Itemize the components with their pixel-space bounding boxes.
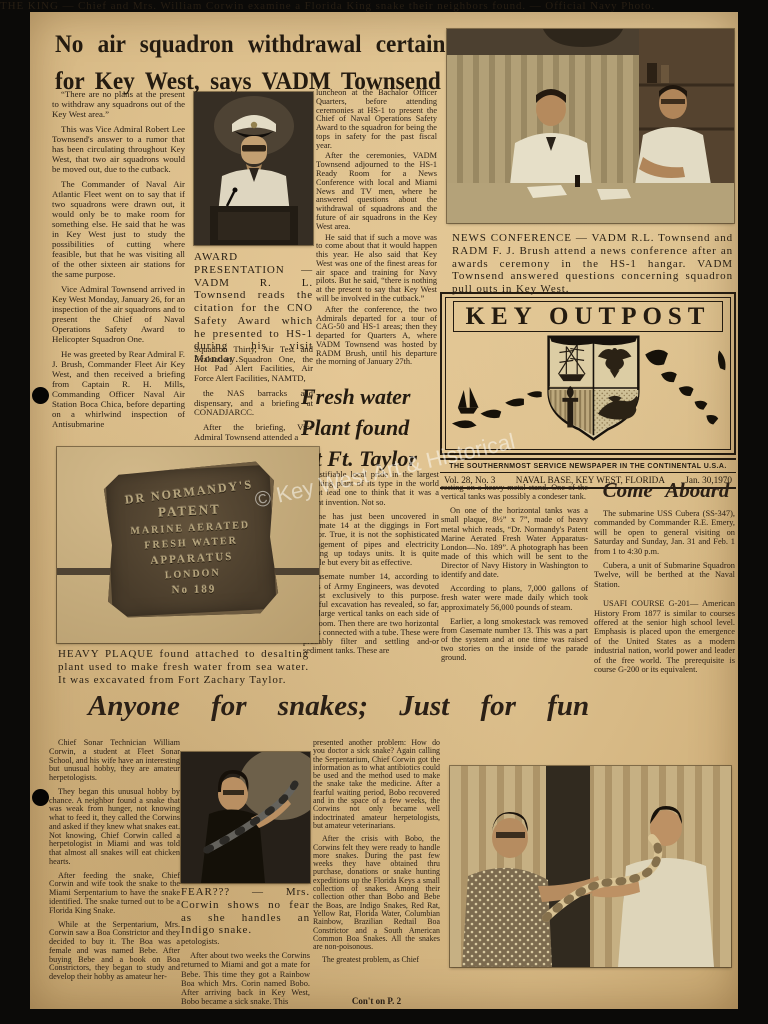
continuation-notice: Con't on P. 2: [313, 996, 440, 1006]
snakes-column-2: petologists. After about two weeks the C…: [181, 937, 310, 1005]
snakes-column-3: presented another problem: How do you do…: [313, 739, 440, 993]
body-paragraph: This was Vice Admiral Robert Lee Townsen…: [52, 124, 185, 174]
body-paragraph: presented another problem: How do you do…: [313, 739, 440, 830]
body-paragraph: Cubera, a unit of Submarine Squadron Twe…: [594, 561, 735, 589]
masthead: KEY OUTPOST: [440, 292, 736, 489]
body-paragraph: While at the Serpentarium, Mrs. Corwin s…: [49, 921, 180, 982]
body-paragraph: petologists.: [181, 937, 310, 946]
lead-article-column-3: luncheon at the Bachalor Officer Quarter…: [316, 89, 437, 369]
fear-photo: [181, 752, 310, 883]
crest-shield: [549, 337, 640, 440]
plaque-photo: DR NORMANDY'S PATENT MARINE AERATED FRES…: [57, 447, 319, 643]
lead-article-column-1: “There are no plans at the present to wi…: [52, 89, 185, 435]
body-paragraph: After about two weeks the Corwins return…: [181, 951, 310, 1005]
news-conference-photo: [447, 29, 734, 223]
body-paragraph: After feeding the snake, Chief Corwin an…: [49, 872, 180, 916]
hole-punch: [32, 789, 49, 806]
body-paragraph: the NAS barracks and dispensary, and a b…: [194, 389, 313, 418]
body-paragraph: He said that if such a move was to come …: [316, 234, 437, 304]
body-paragraph: Chief Sonar Technician William Corwin, a…: [49, 739, 180, 783]
body-paragraph: Earlier, a long smokestack was removed f…: [441, 617, 588, 663]
news-photo-caption: NEWS CONFERENCE — VADM R.L. Townsend and…: [452, 232, 733, 296]
body-paragraph: “There are no plans at the present to wi…: [52, 89, 185, 119]
body-paragraph: According to plans, 7,000 gallons of fre…: [441, 584, 588, 611]
masthead-tagline: THE SOUTHERNMOST SERVICE NEWSPAPER IN TH…: [440, 458, 736, 473]
come-aboard-headline: Come Aboard: [597, 478, 735, 503]
body-paragraph: Squadron Thirty, Air Test and Evaluation…: [194, 345, 313, 384]
lead-headline-line1: No air squadron withdrawal certain: [55, 26, 445, 63]
scanned-newspaper-screenshot: No air squadron withdrawal certain for K…: [0, 0, 768, 1024]
keys-islands-left: [452, 387, 542, 428]
conference-table: [447, 183, 734, 223]
body-paragraph: One has just been uncovered in Casemate …: [303, 512, 439, 567]
fear-photo-caption: FEAR??? — Mrs. Corwin shows no fear as s…: [181, 886, 310, 937]
body-paragraph: After the briefing, Vice Admiral Townsen…: [194, 423, 313, 442]
news-photo-figure: [447, 29, 734, 223]
freshwater-headline: Fresh water Plant found At Ft. Taylor: [301, 381, 443, 474]
body-paragraph: Casemate number 14, according to plans o…: [303, 572, 439, 655]
body-paragraph: After the conference, the two Admirals d…: [316, 306, 437, 367]
lead-article-column-2: Squadron Thirty, Air Test and Evaluation…: [194, 345, 313, 448]
sailboat-icon: [458, 408, 478, 414]
body-paragraph: On one of the horizontal tanks was a sma…: [441, 506, 588, 579]
award-photo-figure: [194, 92, 313, 245]
body-paragraph: After the ceremonies, VADM Townsend adjo…: [316, 152, 437, 231]
freshwater-headline-line1: Fresh water: [301, 384, 410, 409]
king-photo-caption: THE KING — Chief and Mrs. William Corwin…: [0, 0, 655, 13]
body-paragraph: After the crisis with Bobo, the Corwins …: [313, 835, 440, 951]
eyeglasses: [242, 145, 266, 152]
fear-photo-figure: [181, 752, 310, 883]
snakes-headline: Anyone for snakes; Just for fun: [88, 690, 703, 723]
hole-punch: [32, 387, 49, 404]
king-snake-photo: [450, 766, 731, 967]
body-paragraph: Vice Admiral Townsend arrived in Key Wes…: [52, 284, 185, 344]
body-paragraph: The Commander of Naval Air Atlantic Flee…: [52, 179, 185, 279]
plaque-photo-caption: HEAVY PLAQUE found attached to desalting…: [58, 648, 309, 686]
microphone-icon: [233, 188, 238, 193]
body-paragraph: They began this unusual hobby by chance.…: [49, 788, 180, 867]
body-paragraph: USAFI COURSE G-201— American History Fro…: [594, 599, 735, 674]
body-paragraph: luncheon at the Bachalor Officer Quarter…: [316, 89, 437, 150]
metal-plaque: DR NORMANDY'S PATENT MARINE AERATED FRES…: [101, 461, 281, 622]
body-paragraph: The submarine USS Cubera (SS-347), comma…: [594, 509, 735, 556]
masthead-title: KEY OUTPOST: [453, 301, 723, 332]
plaque-text-line: No 189: [171, 582, 216, 599]
king-photo-figure: [450, 766, 731, 967]
freshwater-column-2: resting on a heavy metal stand. One of t…: [441, 483, 588, 667]
come-aboard-column: The submarine USS Cubera (SS-347), comma…: [594, 509, 735, 680]
keys-islands-right: [645, 350, 725, 425]
body-paragraph: Justifiable local pride in the largest d…: [303, 470, 439, 507]
award-presentation-photo: [194, 92, 313, 245]
body-paragraph: resting on a heavy metal stand. One of t…: [441, 483, 588, 501]
snakes-column-1: Chief Sonar Technician William Corwin, a…: [49, 739, 180, 1005]
freshwater-headline-line2: Plant found: [301, 415, 409, 440]
body-paragraph: He was greeted by Rear Admiral F. J. Bru…: [52, 349, 185, 429]
freshwater-column-1: Justifiable local pride in the largest d…: [303, 470, 439, 660]
body-paragraph: The greatest problem, as Chief: [313, 956, 440, 964]
masthead-box: KEY OUTPOST: [440, 292, 736, 455]
masthead-crest: [448, 332, 734, 444]
